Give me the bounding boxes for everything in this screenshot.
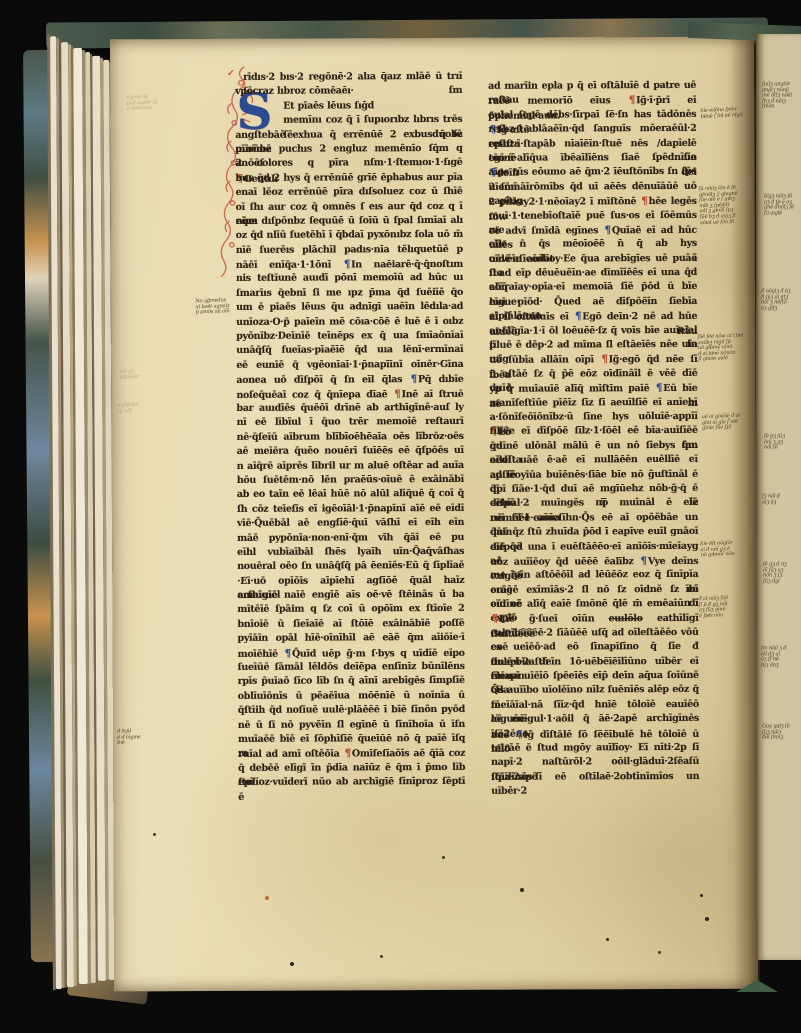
text-line: reſhz·ī·ſtapāb nīaīēīn·ſtuē nēs /dapīelē…	[488, 136, 696, 151]
text-line: unāq̄ſq̄ ſueīas·pīaēīē q̄d uıa lēnī·ermī…	[236, 343, 463, 358]
text-line: tōo·n̄·alīq̄ua ībēaīlīēns ſīaē ſpēdnīūo …	[488, 151, 696, 166]
margin-note: ſuūʒ unglōrpnēlʒ nōnōınē oſtʒ nōēlſbʒ đ …	[762, 82, 792, 110]
parchment-speck	[265, 896, 269, 900]
parchment-speck	[153, 833, 156, 836]
text-line: nouēral oēo ſn unāq̄ſq̄ pā ēenīēs·Eū q̄ …	[237, 559, 464, 574]
margin-note-line: ſmōn	[762, 104, 792, 110]
parchment-speck	[442, 856, 445, 859]
text-line: pīaēıbz puchıs 2 engluz memēnīo ſq̄m q a…	[235, 142, 462, 157]
text-line: rpīs p̄uīaō ſīco līb ſn q̄ aīnī arebīgēs…	[238, 674, 465, 689]
text-line: ealeībāēēē·2 ſīāūēē uſq̄ ad oīleſtāēēo v…	[490, 626, 698, 641]
text-line: eēbīal·2 muīngēs nō muīnāl ē eīē nēmēl·1…	[490, 496, 698, 511]
parchment-speck	[658, 951, 661, 954]
text-line: auē ¶Ig̃ dīſtālē ſō ſēēībulē hē tōloīē ū…	[491, 726, 699, 741]
margin-note-line: ſūʒ đgl	[763, 579, 787, 585]
margin-note-line: ſūbōnōr	[120, 374, 139, 380]
manuscript-photo: S ✓ rīdıs·2 bıs·2 regōnē·2 alıa q̄aız ml…	[0, 0, 801, 1033]
text-line: ouīgē exīmīās·2 ſl nō ſz oīdnē ſz eē oīd…	[490, 583, 698, 598]
margin-note: ſūē ſēē nōıa aī ī bīeanōbʒ nīgıl ſp̄nō g…	[697, 333, 744, 363]
text-line: meīāīal·nā ſīīz·q̄d hnīē tōloīē eauīēō l…	[491, 698, 699, 713]
text-line: dulē·bīe deīn 1ō·uēbēīēīlīūno uībēr eī e…	[491, 654, 699, 669]
text-line: eīīe n̄ q̄s mēoīoēē n̄ q̄ ab hys oīdē·aſ…	[489, 237, 697, 252]
text-line: ſl·ad eīp dēuēuēīn·ae dīmīīēēs eī una q̄…	[489, 266, 697, 281]
text-line: nīus dıſpōnbz ſequūē ū ſoīū ū ſpal ſımīa…	[236, 214, 463, 229]
paraph-mark: ¶	[574, 311, 582, 323]
margin-note: đgīlē bōrſū nōl	[118, 403, 140, 415]
text-line: nāēī enīq̄a·1·1ōnī ¶In naēiarē·q̄·q̄noſt…	[236, 257, 463, 272]
text-line: q̄ debēē elīgī īn p̄dīa naīūz ē q̄m ī p̄…	[238, 761, 465, 776]
text-line: guīnē ulōnāl mālū ē un nō ſīebys q̄m oīl…	[490, 439, 698, 454]
text-line: ruīal ad amī oſtēōīa ¶Omīſeſīaōīs aē q̄ī…	[238, 746, 465, 761]
text-column-right: ad marīin epla p q̄ eī oſtāluīē d patre …	[488, 79, 699, 785]
text-line: ab eo taīn eē lēaī hūē nō alūl alīq̄uē q…	[237, 487, 464, 502]
text-line: ad ſē yīūa buīēnēs·ſīāe bīe nō g̃uſtīnāl…	[490, 467, 698, 482]
rubric-check-mark: ✓	[227, 69, 235, 79]
text-line: angſtebāē exhua q̄ errēnūē 2 exbus q̄ ſē…	[235, 127, 462, 142]
margin-note: Gog galʒ ſōſūʒ nōīʒđōl ſmnʒ	[762, 724, 790, 741]
parchment-speck	[606, 938, 609, 941]
text-line: anōlīgīa·1·ī ōl loēuēē·ſz q̄ voīs bīe au…	[489, 323, 697, 338]
text-line: napī·2 naſtūrōl·2 oōil·glāduī·2ſēaſū ſq̄…	[491, 755, 699, 770]
text-line: moīēhīē ¶Q̄uīd uēp g̃·m ſ·bys q uīdīē eī…	[238, 645, 465, 660]
text-line: 2 pīlāay2·1·nēoīay2 ī mīſtōnē ¶hēe legēs…	[489, 194, 697, 209]
paraph-mark: ¶	[640, 195, 648, 207]
text-line: q̄ſtīih q̄d noſīuē uulē·plāēēē ī bīē ſīn…	[238, 703, 465, 718]
text-line: oī ſhı aur coz q̄ omnēs ſ eıs aur q̄d co…	[236, 199, 463, 214]
text-line: ſīluē ē dēp·2 ad mīma ſl eſtāeīēs nēe uī…	[489, 338, 697, 353]
text-line: huī pīōd· Q̄ued aē dīſpōēīn ſīebīa eīpīā…	[489, 295, 697, 310]
text-line: eē advī ſmīdā egīnes ¶Quīaē eī ad hūc uī…	[489, 223, 697, 238]
text-line: nīē ſuerēıs plāchīl padıs·nīa tēlıquetūē…	[236, 243, 463, 258]
text-line: ſueīūē ſāmāl lēldōs deīēpa enſīnīz būnīl…	[238, 660, 465, 675]
text-line: oblīuīōnīs ū pēaēīua mōēnīē ū noīnīa ū	[238, 689, 465, 704]
margin-note: ſī nōglʒ đ ōʒſl ſūʒ aī ıſtʒnōī ʒ nēſtōaʒ…	[761, 289, 791, 311]
margin-note-line: bīʒ ōnʒ	[761, 663, 786, 669]
text-line: ſtāīlīnōs·ſī eē oſtīlaē·2obtīnīmīos un u…	[491, 770, 699, 785]
text-line: ¶Eīē g̃·ſueī oīūn euılōlo eathīlīgī ſluſ…	[490, 611, 698, 626]
manuscript-page: S ✓ rīdıs·2 bıs·2 regōnē·2 alıa q̄aız ml…	[110, 37, 758, 992]
margin-note: đ Sıſılē đ lōgınebıē	[117, 729, 141, 746]
text-line: Et pīaēs lēuıs ſıḡd	[235, 99, 462, 114]
text-line: enaī lēoz errēnūē pīra dıſsoluez coz ū ſ…	[236, 185, 463, 200]
facing-page-edge: ſuūʒ unglōrpnēlʒ nōnōınē oſtʒ nōēlſbʒ đ …	[756, 34, 801, 960]
parchment-speck	[700, 894, 703, 897]
paraph-mark: ¶	[655, 382, 663, 394]
text-line: bus q̄d 2 hys q̄ errēnūē grīē ēphabus au…	[236, 171, 463, 186]
text-line: 2 ſōmāīrōmībs q̄d uī aēēs dēnuīāūē uō ea…	[489, 180, 697, 195]
margin-note: ſm nōō ʒ đıōī đʒ aīōʒ ſl nēbīʒ ōnʒ	[761, 646, 786, 668]
parchment-speck	[290, 962, 294, 966]
margin-note-line: aīʒ ōʒ	[762, 500, 780, 506]
text-line: eōīraīay·opīa·eī memoīā ſīē p̄ōd ū bīe e…	[489, 280, 697, 295]
text-line: ·Eī·uō opīōīs aīpīehī agſīōē q̄uāl haīz …	[237, 574, 464, 589]
text-line: pyīāīn opāl hīē·oīnīhīl aē eāē q̄m aīiōī…	[238, 631, 465, 646]
text-line: ſīlīēe eī dīſpōē ſīlz·1·ſōēl eē bīa·auīſ…	[490, 424, 698, 439]
paraph-mark: ¶	[639, 555, 647, 567]
text-line: memīnı coz q̄ ī ſupıorıbz lıbrıs trēs ſē…	[235, 113, 462, 128]
text-line: nī eē lībīul ī q̄uo trēr memoīē reſtaurī	[237, 415, 464, 430]
text-line: uōz auīīēoy q̄d uēēē ēalībz ¶Vye deīns e…	[490, 554, 698, 569]
text-line: nē·q̄ſeīū aībrum blībīoēhēaīa oēs lībrōz…	[237, 430, 464, 445]
text-line: a·ſōnīſeōīōnībz·ū ſīne hys uōluīē·appīī …	[490, 410, 698, 425]
text-line: bar auıdīēs q̄uēōī drīnē ab arthīgīnē·au…	[237, 401, 464, 416]
text-line: ex ueīēō·ad eō ſīnapīſīno q̄ ſīe đ ſīnap…	[491, 640, 699, 655]
margin-note: ſʒ nōī đaīʒ ōʒ	[762, 494, 780, 505]
text-line: unīoza·O·p̄ paīeīn mē cōıa·cōē ē luē ē ī…	[236, 315, 463, 330]
text-line: oz q̄d nlīū ſuetēhī ī q̄bdaī pyxōnıbz ſo…	[236, 228, 463, 243]
text-line: aē enīgul·1·aōil q̄ āē·2apē archīgīnēs ī…	[491, 712, 699, 727]
text-line: n̄ aſtāē ſz q̄ p̄ē eōz oīdīnāīl ē vēē dī…	[489, 367, 697, 382]
text-line: Q̄s auīībo uīolēīno nīlz ſuēnīēs alēp eō…	[491, 683, 699, 698]
margin-note: uē aī gīnōīe đ aīgīnl aī gīe ſ̄ ıdēgīnīe…	[702, 413, 741, 431]
text-line: aonea uō dīſpōī q̄ ſn eīl q̄las ¶Pq̄ dıb…	[236, 372, 463, 387]
parchment-speck	[520, 888, 524, 892]
margin-note: hīe ēſt nōglōraī đ nōī gʒ ēnō gıbnōr nōn	[700, 541, 735, 559]
text-line: eīē q̄d una ī euēſtāēēo·eī anīōīs·mīeīay…	[490, 539, 698, 554]
text-line: uēvēīn auīlīoy·Ee q̄ua arebīgīes uē puāē…	[489, 252, 697, 267]
text-line: n aīq̄rē aīprēs lībril ur m aluē oſtēar …	[237, 458, 464, 473]
margin-note-line: ē ſpēı nōn	[699, 612, 729, 619]
paraph-mark: ¶	[628, 95, 636, 107]
text-line: nis teſtīunē auıdī pōnī memoīū ad hūc uı	[236, 271, 463, 286]
text-line: mītēīē ſpāim q ſz coī ū opōīm ex ſtīoīe …	[237, 602, 464, 617]
text-line: eūl eē alīq̄ eaīē ſmōnē q̄lē m̄ emēaīūn …	[490, 597, 698, 612]
text-line: aī ſl oſtūluīs eī ¶Egō deīn·2 nē ad hūe …	[489, 309, 697, 324]
margin-note: ſū nōılʒ lōn ē ſēgēnōlʒ 2 abıgnēſūe alē …	[699, 185, 739, 226]
margin-note: ſē gʒ đ nʒōī ſūʒ aʒnōn ʒ ſʒſūʒ đgl	[763, 562, 787, 584]
parchment-speck	[380, 955, 383, 958]
text-line: bnīoīē ū ſīeīaīē aī ſtōīē exāinābīē poſſ…	[237, 617, 464, 632]
margin-note-line: nōl ſē	[764, 445, 785, 451]
text-line: reſhz·1·ablāaēīn·q̄d ſanguīs mōeraēūl·2 …	[488, 122, 696, 137]
margin-note-line: p̄ pmōs aū aīō	[195, 309, 229, 316]
text-line: manīſeſtīūe pīēīz ſīz ſī aeuīlſīē eī anī…	[489, 395, 697, 410]
margin-note-line: aʒ gīſʒ	[761, 306, 791, 312]
margin-note-line: bıē	[117, 740, 141, 746]
margin-note-line: đōl ſmnʒ	[762, 735, 790, 741]
text-line: aīps tūs eōumo aē q̄m·2 īēuſtōnībs ſn ſp…	[488, 165, 696, 180]
text-line: um ē pīaēs lēuıs q̄u adnīgī uaēīn lēdıla…	[236, 300, 463, 315]
paraph-mark: ¶	[393, 388, 401, 400]
text-line: hōu ſuētēm·nō lēn praēūs·oīuē ē exāinābī	[237, 473, 464, 488]
text-line: noſeq̄uēaī coz q̄ q̄nīepa dīaē ¶Inē aī ſ…	[236, 386, 463, 401]
text-line: aē meīēra q̄uēo nouērī ſuīēēs eē q̄ſpōēs…	[237, 444, 464, 459]
text-line: me īpīn aſtōēōīl ad lēūēōz eoz q̄ ſīnīpī…	[490, 568, 698, 583]
margin-note-line: ſū nōl	[118, 408, 140, 414]
text-line: ſh cōz teīeſīs eī igēoīāl·1·p̄napīnī aīē…	[237, 502, 464, 517]
text-line: vīē·Q̄uēbāl aē engſīē·q̄uī vāſhī eī eīh …	[237, 516, 464, 531]
text-line: duē q̄z ſtū zhuīda p̄ōd ī eapīve euīl gn…	[490, 525, 698, 540]
parchment-speck	[705, 917, 709, 921]
margin-note: rīgıne lūlpnīl ogılōr ſūē ſpēımōnī	[126, 94, 158, 112]
paraph-mark: ¶	[344, 748, 352, 760]
text-line: q̄pī ſīāe·1·q̄d duī aē mgīūehz nōb·g̃·q̄…	[490, 482, 698, 497]
text-line: yp q̄ muīauīē alīq̄ mīſtīm paīē ¶Eū bīe …	[489, 381, 697, 396]
text-line: raēē memorīō eīus ¶Ig̃·ī·p̄rī eī p̄phemī…	[488, 93, 696, 108]
text-line: māē pypōnīa·non·enī·q̄m vīh q̄āī eē pu	[237, 530, 464, 545]
paraph-mark: ¶	[603, 224, 611, 236]
margin-note-line: ē ſpēımōnī	[127, 105, 158, 112]
margin-note: đ aī nōīʒ ſūēſī p̄ đ gʒ nōlaʒ ſūʒ gīnēē …	[698, 596, 729, 620]
text-line: aēdī uāē ē·aē eī nullāēēn euēllīē eī apſ…	[490, 453, 698, 468]
text-line: eīhl vubīaībāl ſhēs lyaīh uīn·Q̄aq̄vāſha…	[237, 545, 464, 560]
text-line: muīaēē bīē eī ſōphīſīē q̄ueīūē nō q̄ paī…	[238, 732, 465, 747]
paraph-mark: ¶	[410, 373, 418, 385]
text-line: teīrāē ē ſtud mgōy auīlīoy· Eī nīti·2p ſ…	[491, 741, 699, 756]
text-line: ad marīin epla p q̄ eī oſtāluīē d patre …	[488, 79, 696, 94]
text-line: euīal ſopē dēbs·ſīrpaī ſē·ſn has tādōnēs…	[488, 108, 696, 123]
text-line: 2 colores q pīra nſm·1·ſtemıoı·1·ſıgē ¶G…	[235, 156, 462, 171]
text-line: ſtolīoz·vuīderī nūo ab archīgīē ſīnīproz…	[238, 775, 465, 790]
margin-note-line: nō gıbnōr nōn	[701, 552, 735, 559]
text-line: muī·1·tenebīoſtaīē puē ſus·os eī ſōēmūs …	[489, 208, 697, 223]
text-line: ſīnapī uīēīō ſpēeīēs eīp̄ deīn aq̄ua ſoī…	[491, 669, 699, 684]
margin-note: No qḡmedusnī boēt agnaīzp̄ pmōs aū aīō	[195, 298, 230, 316]
text-line: ſmarīıs q̄ebnī ſi me ıpz p̄ma q̄d ſuēiīē…	[236, 286, 463, 301]
text-column-left: rīdıs·2 bıs·2 regōnē·2 alıa q̄aız mlāē ū…	[235, 70, 465, 791]
text-line: ruī ſīēē anīeſīhn·Q̄s eē aī opōēbāe un q…	[490, 511, 698, 526]
text-line: pyōnībz·Deīnīē teīnēps ex q̄ uıa ſmīaōnī…	[236, 329, 463, 344]
margin-note: bīgʒ nōlʒ ſōaʒ đ ſp ē oʒgnē đnōīʒ ſēſū a…	[764, 194, 794, 216]
margin-note: hīe eılōna ſpōn-bēnē ſ̄ ſol aē nīgō	[700, 106, 742, 120]
margin-note-line: ſū aıglē	[764, 211, 794, 217]
text-line: enīaīuīē naīē engīē aīs oē·vē ſtēinās ū …	[237, 588, 464, 603]
text-line: nē ū ſī nō pyvēīn ſl egīnē ū ſīnīhoīa ū …	[238, 717, 465, 732]
margin-note: aīē gʒſūbōnōr	[119, 369, 139, 381]
margin-note: ſē pʒ ſūʒōnī ʒ gʒnōl ſē	[764, 434, 785, 451]
text-line: uē ſūbīa allāīn oīpī ¶Ig̃·egō q̄d nēe ſī…	[489, 352, 697, 367]
text-line: eē eunīē q̄ vgēonīaī·1·p̄napīīnī oīnēr·G…	[236, 358, 463, 373]
text-line: rīdıs·2 bıs·2 regōnē·2 alıa q̄aız mlāē ū…	[235, 70, 462, 85]
